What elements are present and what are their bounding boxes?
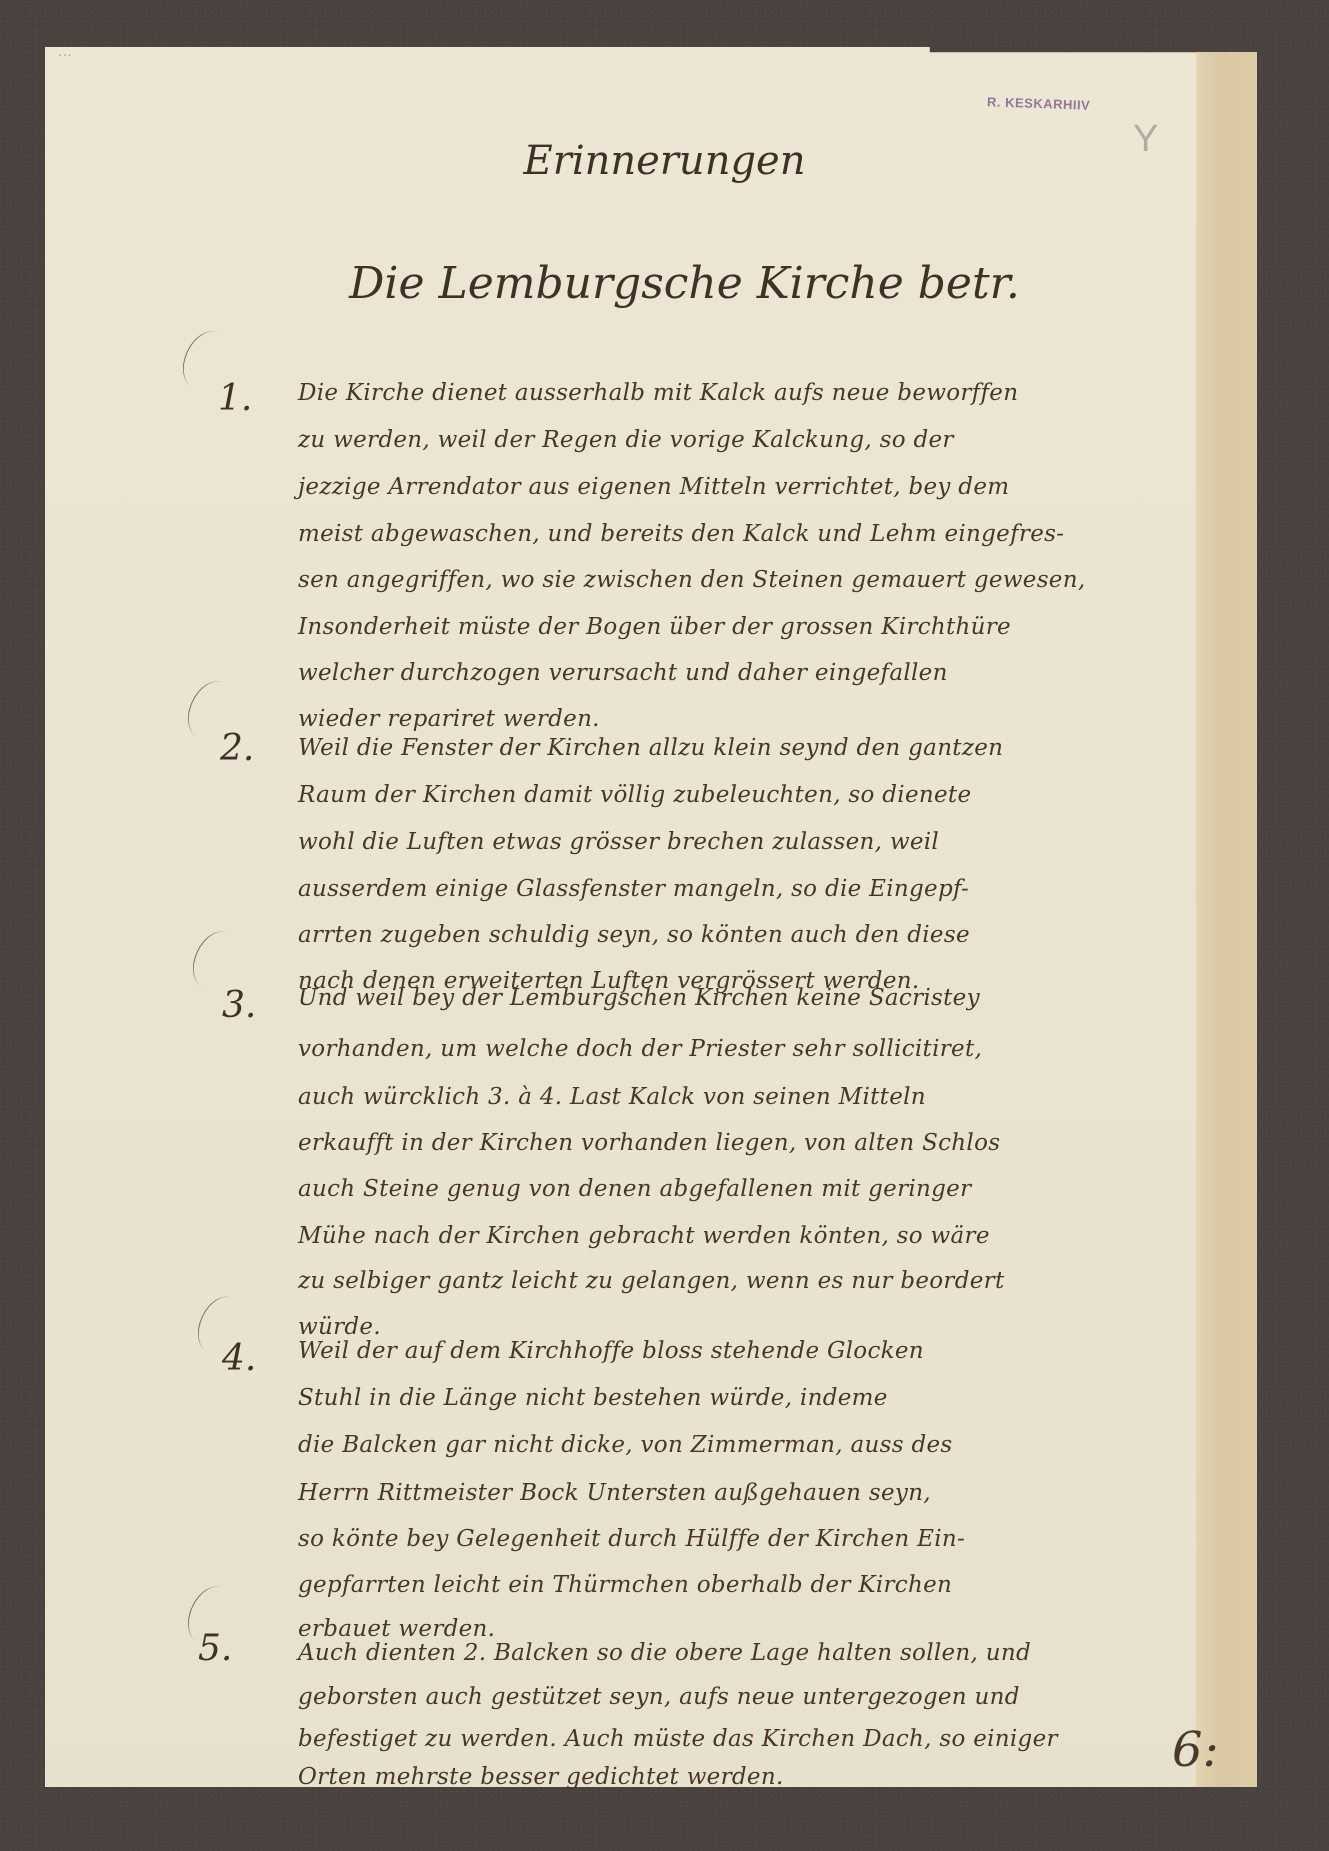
text-line: zu werden, weil der Regen die vorige Kal…	[298, 427, 954, 453]
text-line: wieder repariret werden.	[298, 706, 600, 732]
text-line: Mühe nach der Kirchen gebracht werden kö…	[298, 1223, 990, 1249]
item-number: 1.	[218, 378, 252, 419]
catchword-next-item: 6:	[1172, 1722, 1219, 1778]
text-line: ausserdem einige Glassfenster mangeln, s…	[298, 876, 969, 902]
text-line: vorhanden, um welche doch der Priester s…	[298, 1036, 982, 1062]
text-line: auch Steine genug von denen abgefallenen…	[298, 1176, 971, 1202]
text-line: gepfarrten leicht ein Thürmchen oberhalb…	[298, 1572, 952, 1598]
text-line: welcher durchzogen verursacht und daher …	[298, 660, 948, 686]
text-line: Herrn Rittmeister Bock Untersten außgeha…	[298, 1480, 931, 1506]
text-line: jezzige Arrendator aus eigenen Mitteln v…	[298, 474, 1009, 500]
text-line: Insonderheit müste der Bogen über der gr…	[298, 614, 1011, 640]
text-line: Weil die Fenster der Kirchen allzu klein…	[298, 735, 1003, 761]
text-line: auch würcklich 3. à 4. Last Kalck von se…	[298, 1084, 926, 1110]
document-subtitle: Die Lemburgsche Kirche betr.	[0, 258, 1329, 309]
text-line: meist abgewaschen, und bereits den Kalck…	[298, 521, 1064, 547]
text-line: Stuhl in die Länge nicht bestehen würde,…	[298, 1385, 888, 1411]
item-number: 3.	[222, 985, 256, 1026]
document-title: Erinnerungen	[0, 138, 1329, 184]
text-line: Auch dienten 2. Balcken so die obere Lag…	[298, 1640, 1031, 1666]
text-line: so könte bey Gelegenheit durch Hülffe de…	[298, 1526, 965, 1552]
text-line: Die Kirche dienet ausserhalb mit Kalck a…	[298, 380, 1018, 406]
item-number: 4.	[222, 1338, 256, 1379]
text-line: geborsten auch gestützet seyn, aufs neue…	[298, 1684, 1020, 1710]
item-number: 5.	[198, 1628, 232, 1669]
text-line: würde.	[298, 1314, 381, 1340]
text-line: Und weil bey der Lemburgschen Kirchen ke…	[298, 985, 980, 1011]
text-line: erbauet werden.	[298, 1616, 495, 1642]
text-line: befestiget zu werden. Auch müste das Kir…	[298, 1726, 1058, 1752]
text-line: zu selbiger gantz leicht zu gelangen, we…	[298, 1268, 1005, 1294]
text-line: Raum der Kirchen damit völlig zubeleucht…	[298, 782, 971, 808]
text-line: arrten zugeben schuldig seyn, so könten …	[298, 922, 970, 948]
text-line: Orten mehrste besser gedichtet werden.	[298, 1764, 784, 1790]
paper-overlap-strip	[1196, 52, 1257, 1787]
text-line: wohl die Luften etwas grösser brechen zu…	[298, 829, 939, 855]
item-number: 2.	[220, 728, 254, 769]
text-line: erkaufft in der Kirchen vorhanden liegen…	[298, 1130, 1000, 1156]
text-line: sen angegriffen, wo sie zwischen den Ste…	[298, 567, 1085, 593]
corner-pencil-note: …	[58, 44, 72, 60]
text-line: die Balcken gar nicht dicke, von Zimmerm…	[298, 1432, 952, 1458]
text-line: Weil der auf dem Kirchhoffe bloss stehen…	[298, 1338, 924, 1364]
